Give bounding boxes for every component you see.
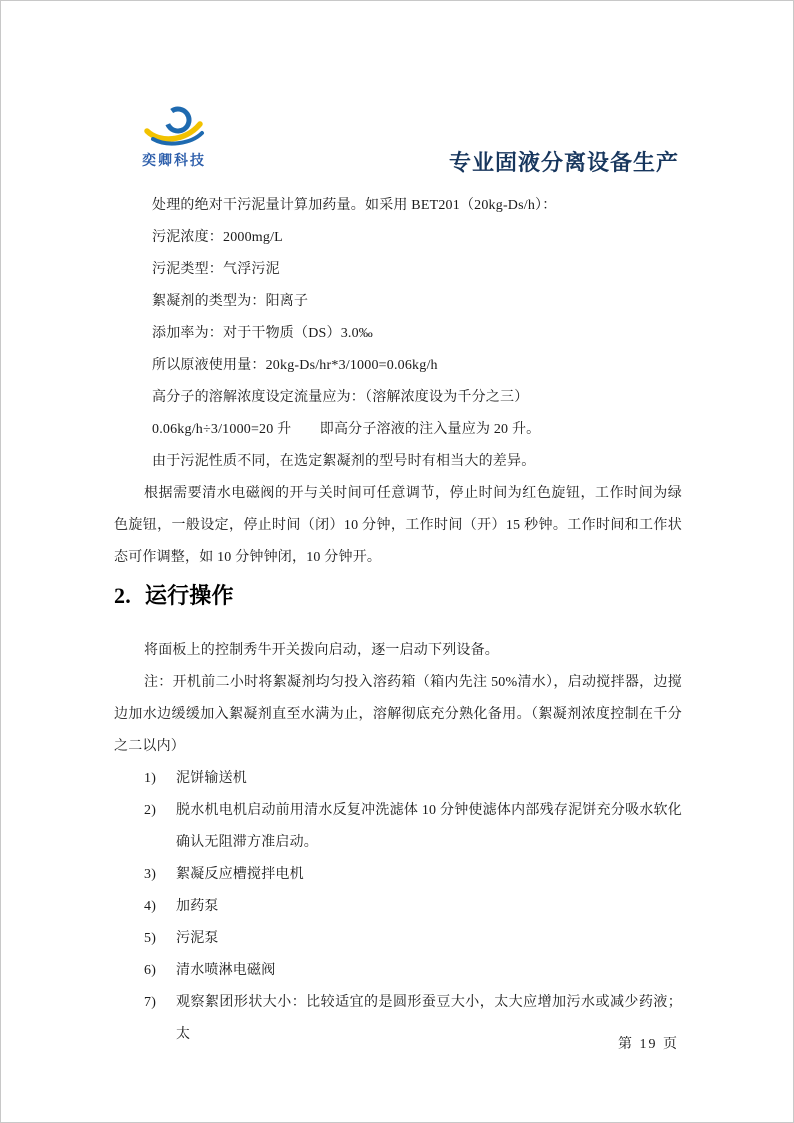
list-item-text: 观察絮团形状大小：比较适宜的是圆形蚕豆大小，太大应增加污水或减少药液；太 [176, 987, 682, 1051]
equipment-list: 1) 泥饼输送机 2) 脱水机电机启动前用清水反复冲洗滤体 10 分钟使滤体内部… [114, 763, 682, 1051]
list-item-number: 5) [144, 923, 176, 955]
section-heading: 2.运行操作 [114, 581, 682, 611]
logo-text: 奕卿科技 [131, 152, 217, 168]
list-item-number: 2) [144, 795, 176, 859]
list-item: 1) 泥饼输送机 [114, 763, 682, 795]
intro-line: 所以原液使用量：20kg-Ds/hr*3/1000=0.06kg/h [152, 350, 682, 382]
page-body: 处理的绝对干污泥量计算加药量。如采用 BET201（20kg-Ds/h）： 污泥… [114, 190, 682, 1051]
page-number: 第 19 页 [618, 1035, 679, 1055]
intro-line: 高分子的溶解浓度设定流量应为：（溶解浓度设为千分之三） [152, 382, 682, 414]
intro-line: 添加率为：对于干物质（DS）3.0‰ [152, 318, 682, 350]
list-item: 4) 加药泵 [114, 891, 682, 923]
list-item-text: 清水喷淋电磁阀 [176, 955, 682, 987]
intro-line: 0.06kg/h÷3/1000=20 升 即高分子溶液的注入量应为 20 升。 [152, 414, 682, 446]
dosing-parameter-block: 处理的绝对干污泥量计算加药量。如采用 BET201（20kg-Ds/h）： 污泥… [152, 190, 682, 478]
list-item: 7) 观察絮团形状大小：比较适宜的是圆形蚕豆大小，太大应增加污水或减少药液；太 [114, 987, 682, 1051]
list-item-text: 脱水机电机启动前用清水反复冲洗滤体 10 分钟使滤体内部残存泥饼充分吸水软化确认… [176, 795, 682, 859]
valve-timing-paragraph: 根据需要清水电磁阀的开与关时间可任意调节，停止时间为红色旋钮，工作时间为绿色旋钮… [114, 478, 682, 574]
intro-line: 污泥浓度：2000mg/L [152, 222, 682, 254]
intro-line: 处理的绝对干污泥量计算加药量。如采用 BET201（20kg-Ds/h）： [152, 190, 682, 222]
company-logo: 奕卿科技 [131, 104, 217, 168]
list-item-text: 污泥泵 [176, 923, 682, 955]
list-item-text: 泥饼输送机 [176, 763, 682, 795]
globe-swirl-icon [137, 104, 211, 152]
list-item: 2) 脱水机电机启动前用清水反复冲洗滤体 10 分钟使滤体内部残存泥饼充分吸水软… [114, 795, 682, 859]
list-item-number: 6) [144, 955, 176, 987]
intro-line: 污泥类型：气浮污泥 [152, 254, 682, 286]
list-item-number: 3) [144, 859, 176, 891]
note-paragraph: 注：开机前二小时将絮凝剂均匀投入溶药箱（箱内先注 50%清水），启动搅拌器，边搅… [114, 667, 682, 763]
list-item: 6) 清水喷淋电磁阀 [114, 955, 682, 987]
intro-line: 絮凝剂的类型为：阳离子 [152, 286, 682, 318]
list-item-number: 1) [144, 763, 176, 795]
list-item-number: 4) [144, 891, 176, 923]
header-slogan: 专业固液分离设备生产 [449, 148, 679, 178]
intro-line: 由于污泥性质不同，在选定絮凝剂的型号时有相当大的差异。 [152, 446, 682, 478]
list-item-number: 7) [144, 987, 176, 1051]
list-item-text: 絮凝反应槽搅拌电机 [176, 859, 682, 891]
list-item: 3) 絮凝反应槽搅拌电机 [114, 859, 682, 891]
list-item: 5) 污泥泵 [114, 923, 682, 955]
list-item-text: 加药泵 [176, 891, 682, 923]
section-number: 2. [114, 581, 131, 611]
document-page: 奕卿科技 专业固液分离设备生产 处理的绝对干污泥量计算加药量。如采用 BET20… [0, 0, 794, 1123]
section-title: 运行操作 [145, 583, 234, 608]
startup-paragraph: 将面板上的控制秀牛开关拨向启动，逐一启动下列设备。 [114, 635, 682, 667]
